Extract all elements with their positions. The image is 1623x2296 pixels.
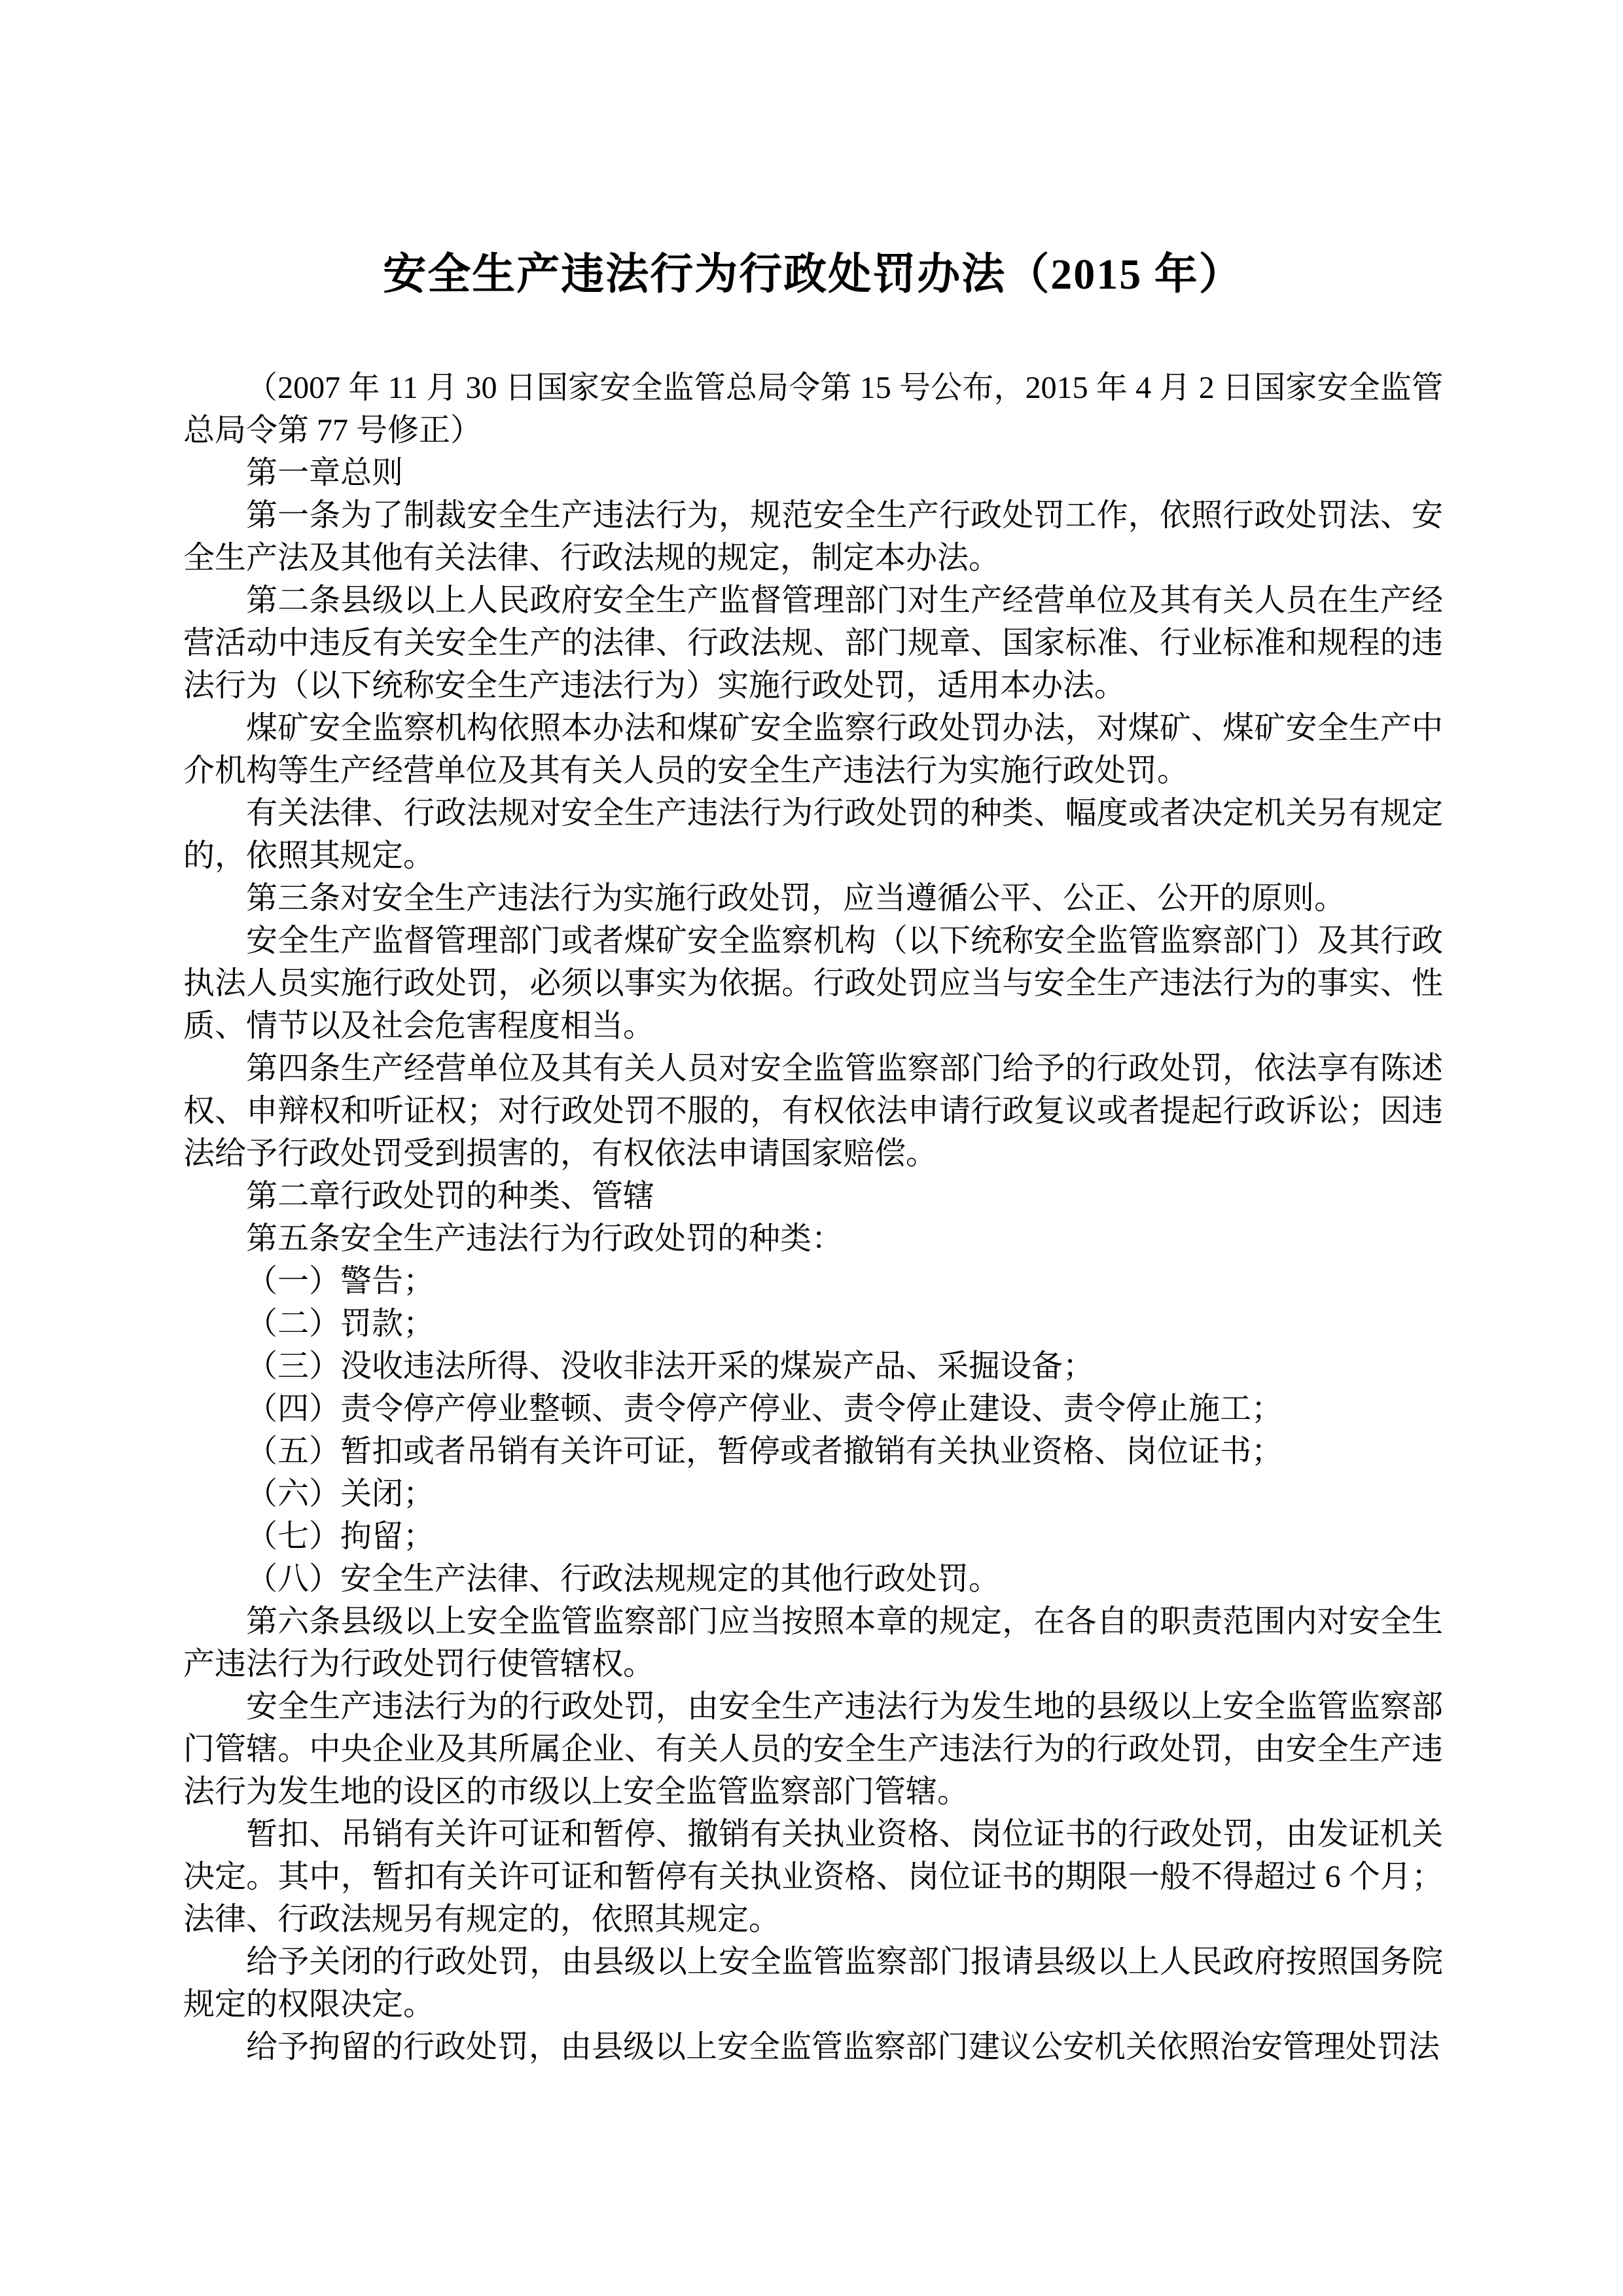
article-paragraph: 第三条对安全生产违法行为实施行政处罚，应当遵循公平、公正、公开的原则。	[183, 877, 1443, 920]
promulgation-note: （2007 年 11 月 30 日国家安全监管总局令第 15 号公布，2015 …	[183, 367, 1443, 452]
article-paragraph: 第五条安全生产违法行为行政处罚的种类：	[183, 1217, 1443, 1260]
body-paragraph: 安全生产监督管理部门或者煤矿安全监察机构（以下统称安全监管监察部门）及其行政执法…	[183, 920, 1443, 1047]
list-item: （二）罚款；	[183, 1302, 1443, 1345]
list-item: （六）关闭；	[183, 1473, 1443, 1515]
list-item: （三）没收违法所得、没收非法开采的煤炭产品、采掘设备；	[183, 1345, 1443, 1388]
chapter-heading: 第二章行政处罚的种类、管辖	[183, 1175, 1443, 1217]
list-item: （八）安全生产法律、行政法规规定的其他行政处罚。	[183, 1558, 1443, 1600]
list-item: （四）责令停产停业整顿、责令停产停业、责令停止建设、责令停止施工；	[183, 1388, 1443, 1430]
chapter-heading: 第一章总则	[183, 452, 1443, 494]
body-paragraph: 安全生产违法行为的行政处罚，由安全生产违法行为发生地的县级以上安全监管监察部门管…	[183, 1685, 1443, 1813]
article-paragraph: 第二条县级以上人民政府安全生产监督管理部门对生产经营单位及其有关人员在生产经营活…	[183, 579, 1443, 707]
list-item: （五）暂扣或者吊销有关许可证，暂停或者撤销有关执业资格、岗位证书；	[183, 1430, 1443, 1473]
document-page: 安全生产违法行为行政处罚办法（2015 年） （2007 年 11 月 30 日…	[0, 0, 1623, 2296]
article-paragraph: 第四条生产经营单位及其有关人员对安全监管监察部门给予的行政处罚，依法享有陈述权、…	[183, 1047, 1443, 1175]
body-paragraph: 给予关闭的行政处罚，由县级以上安全监管监察部门报请县级以上人民政府按照国务院规定…	[183, 1941, 1443, 2026]
list-item: （一）警告；	[183, 1260, 1443, 1302]
article-paragraph: 第六条县级以上安全监管监察部门应当按照本章的规定，在各自的职责范围内对安全生产违…	[183, 1600, 1443, 1685]
article-paragraph: 第一条为了制裁安全生产违法行为，规范安全生产行政处罚工作，依照行政处罚法、安全生…	[183, 494, 1443, 579]
body-paragraph: 给予拘留的行政处罚，由县级以上安全监管监察部门建议公安机关依照治安管理处罚法	[183, 2026, 1443, 2068]
list-item: （七）拘留；	[183, 1515, 1443, 1558]
body-paragraph: 有关法律、行政法规对安全生产违法行为行政处罚的种类、幅度或者决定机关另有规定的，…	[183, 792, 1443, 877]
body-paragraph: 煤矿安全监察机构依照本办法和煤矿安全监察行政处罚办法，对煤矿、煤矿安全生产中介机…	[183, 707, 1443, 792]
body-paragraph: 暂扣、吊销有关许可证和暂停、撤销有关执业资格、岗位证书的行政处罚，由发证机关决定…	[183, 1813, 1443, 1941]
document-title: 安全生产违法行为行政处罚办法（2015 年）	[183, 249, 1443, 301]
